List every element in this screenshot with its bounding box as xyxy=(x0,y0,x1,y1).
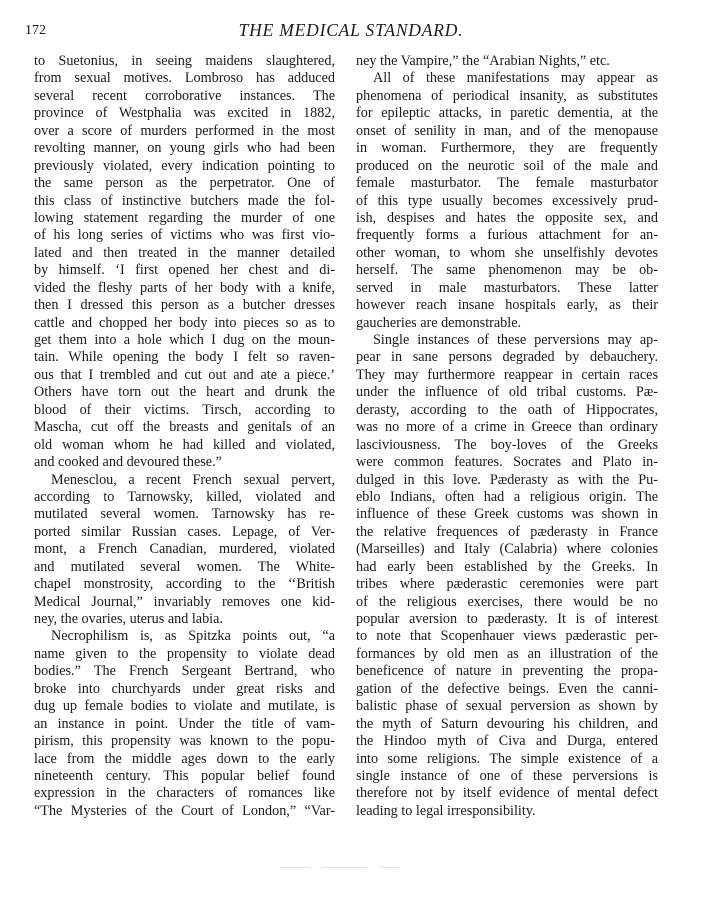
text-line: single instance of one of these perversi… xyxy=(356,768,658,785)
text-line: balistic phase of sexual perversion as s… xyxy=(356,698,658,715)
text-line: tribes where pæderastic ceremonies were … xyxy=(356,576,658,593)
text-line: lowing statement regarding the murder of… xyxy=(34,210,335,227)
text-line: female masturbator. The female masturbat… xyxy=(356,175,658,192)
text-line: dulged in this love. Pæderasty as with t… xyxy=(356,472,658,489)
text-line: (Marseilles) and Italy (Calabria) where … xyxy=(356,541,658,558)
text-line: ney the Vampire,” the “Arabian Nights,” … xyxy=(356,53,658,70)
text-line: by himself. ‘I first opened her chest an… xyxy=(34,262,335,279)
text-line: nineteenth century. This popular belief … xyxy=(34,768,335,785)
text-line: however reach insane hospitals early, as… xyxy=(356,297,658,314)
text-line: Others have torn out the heart and drunk… xyxy=(34,384,335,401)
text-line: of the religious exercises, there would … xyxy=(356,594,658,611)
text-line: Menesclou, a recent French sexual perver… xyxy=(34,472,335,489)
text-line: for epileptic attacks, in paretic dement… xyxy=(356,105,658,122)
text-line: mont, a French Canadian, murdered, viola… xyxy=(34,541,335,558)
text-line: cattle and chopped her body into pieces … xyxy=(34,315,335,332)
text-line: mutilated several women. Tarnowsky has r… xyxy=(34,506,335,523)
text-line: vided the fleshy parts of her body with … xyxy=(34,280,335,297)
text-line: according to Tarnowsky, killed, violated… xyxy=(34,489,335,506)
text-line: therefore not by itself evidence of ment… xyxy=(356,785,658,802)
text-line: Medical Journal,” invariably removes one… xyxy=(34,594,335,611)
text-line: “The Mysteries of the Court of London,” … xyxy=(34,803,335,820)
text-line: in woman. Furthermore, they are frequent… xyxy=(356,140,658,157)
text-line: lace from the middle ages down to the ea… xyxy=(34,751,335,768)
text-line: revolting manner, on young girls who had… xyxy=(34,140,335,157)
text-line: pirism, this propensity was known to the… xyxy=(34,733,335,750)
text-line: bodies.” The French Sergeant Bertrand, w… xyxy=(34,663,335,680)
footer-rule xyxy=(280,855,420,858)
text-line: broke into churchyards under great risks… xyxy=(34,681,335,698)
text-line: get them into a hole which I dug on the … xyxy=(34,332,335,349)
text-line: lated and then treated in the manner det… xyxy=(34,245,335,262)
text-line: ish, despises and hates the opposite sex… xyxy=(356,210,658,227)
text-line: dug up female bodies to violate and muti… xyxy=(34,698,335,715)
text-line: the myth of Saturn devouring his childre… xyxy=(356,716,658,733)
text-line: of his long series of victims who was fi… xyxy=(34,227,335,244)
text-line: leading to legal irresponsibility. xyxy=(356,803,658,820)
text-line: and mutilated several women. The White- xyxy=(34,559,335,576)
text-line: pear in sane persons degraded by debauch… xyxy=(356,349,658,366)
text-line: previously violated, every indication po… xyxy=(34,158,335,175)
text-line: Single instances of these perversions ma… xyxy=(356,332,658,349)
right-column: ney the Vampire,” the “Arabian Nights,” … xyxy=(356,53,658,820)
text-line: formances by old men as an illustration … xyxy=(356,646,658,663)
text-line: the relative frequences of pæderasty in … xyxy=(356,524,658,541)
text-line: beneficence of nature in preventing the … xyxy=(356,663,658,680)
text-line: influence of these Greek customs was sho… xyxy=(356,506,658,523)
text-line: to Suetonius, in seeing maidens slaughte… xyxy=(34,53,335,70)
text-line: popular aversion to pæderasty. It is of … xyxy=(356,611,658,628)
text-line: the Hindoo myth of Civa and Durga, enter… xyxy=(356,733,658,750)
text-line: under the influence of old tribal custom… xyxy=(356,384,658,401)
text-line: eblo Indians, often had a religious orig… xyxy=(356,489,658,506)
text-line: served in male masturbators. These latte… xyxy=(356,280,658,297)
text-line: the same person as the perpetrator. One … xyxy=(34,175,335,192)
text-line: ney, the ovaries, uterus and labia. xyxy=(34,611,335,628)
page-header: 172 THE MEDICAL STANDARD. xyxy=(0,20,702,44)
text-line: gation of the defective beings. Even the… xyxy=(356,681,658,698)
text-line: onset of senility in man, and of the men… xyxy=(356,123,658,140)
text-line: lasciviousness. The boy-loves of the Gre… xyxy=(356,437,658,454)
text-line: blood of their victims. Tirsch, accordin… xyxy=(34,402,335,419)
text-line: tain. While opening the body I felt so r… xyxy=(34,349,335,366)
text-line: this class of instinctive butchers made … xyxy=(34,193,335,210)
text-line: chapel monstrosity, according to the ‘‘B… xyxy=(34,576,335,593)
text-line: old woman whom he had killed and violate… xyxy=(34,437,335,454)
text-line: over a score of murders performed in the… xyxy=(34,123,335,140)
text-line: produced on the neurotic soil of the mal… xyxy=(356,158,658,175)
text-line: herself. The same phenomenon may be ob- xyxy=(356,262,658,279)
text-line: gaucheries are demonstrable. xyxy=(356,315,658,332)
text-line: and cooked and devoured these.” xyxy=(34,454,335,471)
text-line: ous that I trembled and cut out and ate … xyxy=(34,367,335,384)
text-line: All of these manifestations may appear a… xyxy=(356,70,658,87)
text-line: ported similar Russian cases. Lepage, of… xyxy=(34,524,335,541)
text-line: expression in the characters of romances… xyxy=(34,785,335,802)
text-line: several recent corroborative instances. … xyxy=(34,88,335,105)
running-title: THE MEDICAL STANDARD. xyxy=(0,20,702,41)
text-line: was no more of a crime in Greece than or… xyxy=(356,419,658,436)
text-line: other woman, to whom she unselfishly dev… xyxy=(356,245,658,262)
text-line: They may furthermore reappear in certain… xyxy=(356,367,658,384)
text-line: province of Westphalia was excited in 18… xyxy=(34,105,335,122)
text-line: an instance in point. Under the title of… xyxy=(34,716,335,733)
text-line: Necrophilism is, as Spitzka points out, … xyxy=(34,628,335,645)
left-column: to Suetonius, in seeing maidens slaughte… xyxy=(34,53,335,820)
text-line: of this type usually becomes excessively… xyxy=(356,193,658,210)
text-line: had early been established by the Greeks… xyxy=(356,559,658,576)
text-line: to note that Scopenhauer views pæderasti… xyxy=(356,628,658,645)
text-line: were common features. Socrates and Plato… xyxy=(356,454,658,471)
text-line: derasty, according to the oath of Hippoc… xyxy=(356,402,658,419)
text-line: from sexual motives. Lombroso has adduce… xyxy=(34,70,335,87)
text-line: into some religions. The simple existenc… xyxy=(356,751,658,768)
text-line: frequently forms a furious attachment fo… xyxy=(356,227,658,244)
text-line: phenomena of periodical insanity, as sub… xyxy=(356,88,658,105)
text-line: Mascha, cut off the breasts and genitals… xyxy=(34,419,335,436)
text-line: then I dressed this person as a butcher … xyxy=(34,297,335,314)
text-line: name given to the propensity to violate … xyxy=(34,646,335,663)
